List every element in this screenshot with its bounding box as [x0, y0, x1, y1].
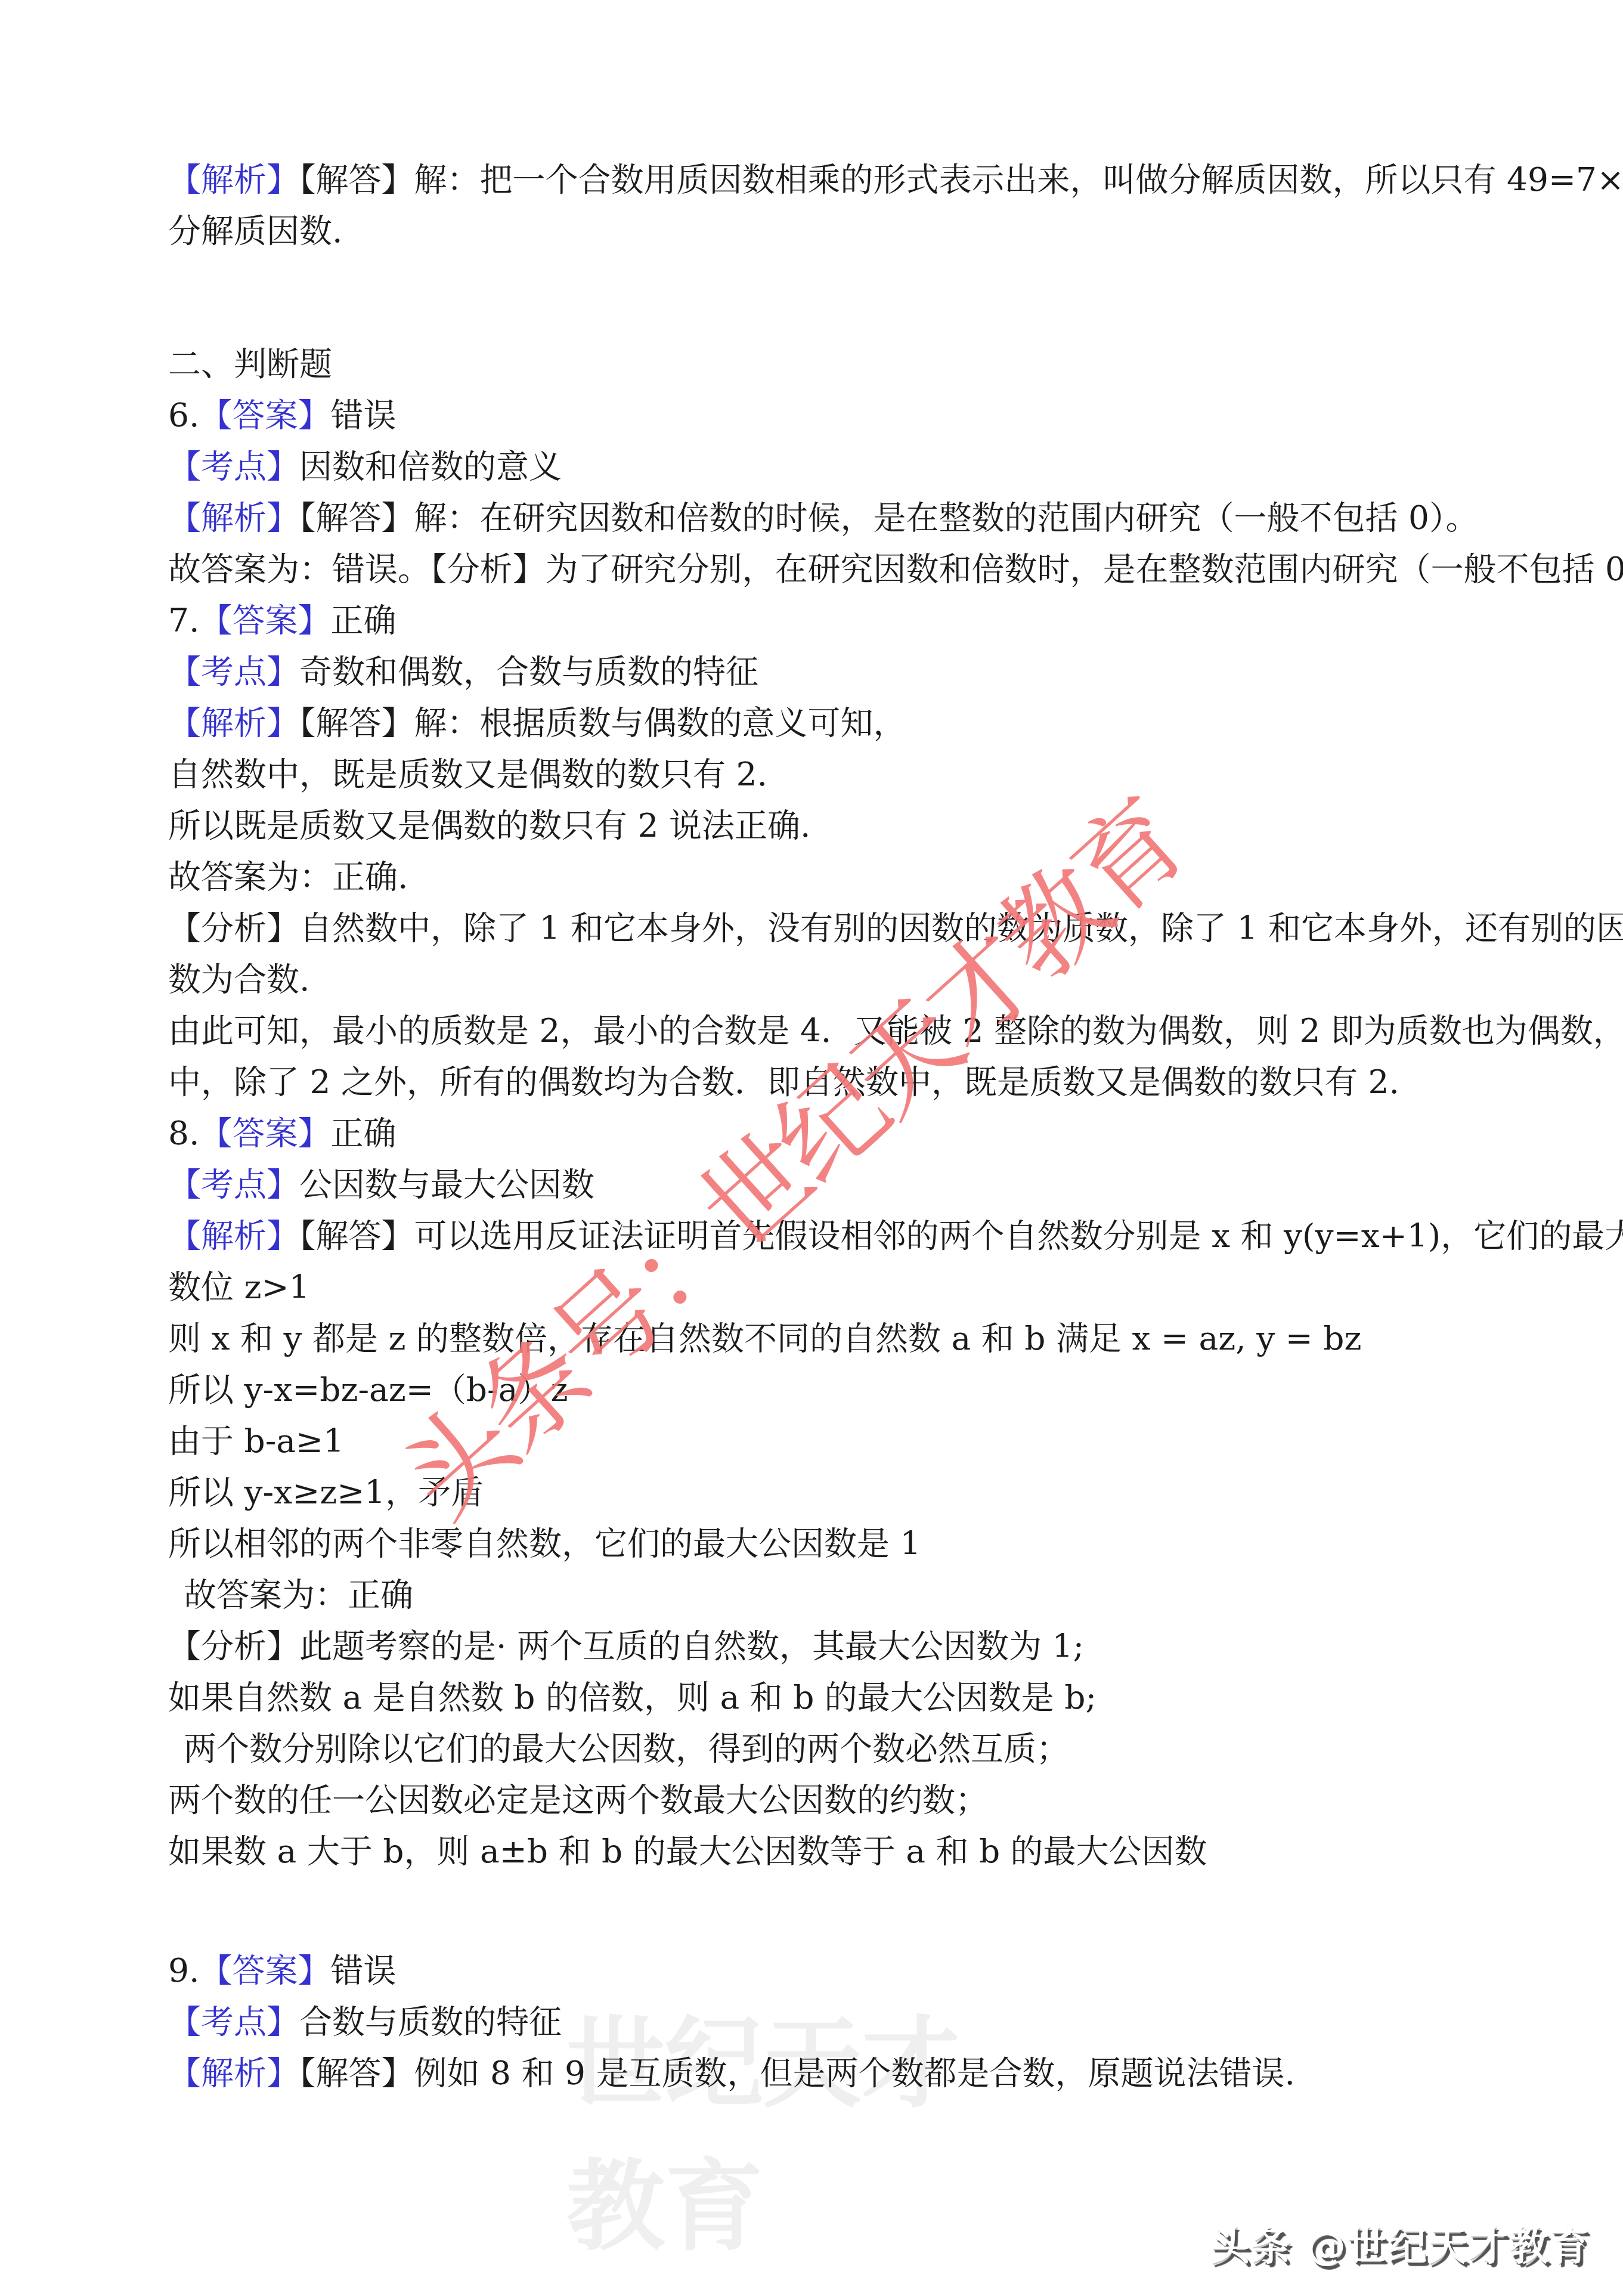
text-segment: 7. [168, 601, 199, 639]
text-segment: 错误 [331, 396, 397, 434]
text-segment: 所以 y-x=bz-az=（b-a）z [168, 1370, 568, 1409]
text-segment: 正确 [331, 1114, 397, 1152]
bracket-label: 【解析】 [168, 704, 299, 742]
text-line: 二、判断题 [168, 338, 1587, 389]
text-line: 如果数 a 大于 b，则 a±b 和 b 的最大公因数等于 a 和 b 的最大公… [168, 1825, 1587, 1877]
text-segment: 9. [168, 1951, 199, 1989]
bracket-label: 【解析】 [168, 499, 299, 537]
text-segment: 所以相邻的两个非零自然数，它们的最大公因数是 1 [168, 1524, 921, 1562]
bracket-label: 【考点】 [168, 447, 299, 485]
text-segment: 数位 z>1 [168, 1268, 310, 1306]
text-line: 分解质因数. [168, 205, 1587, 256]
text-line: 【考点】奇数和偶数，合数与质数的特征 [168, 646, 1587, 697]
text-segment: 6. [168, 396, 199, 434]
text-line: 【分析】自然数中，除了 1 和它本身外，没有别的因数的数为质数，除了 1 和它本… [168, 902, 1587, 954]
text-line: 【分析】此题考察的是· 两个互质的自然数，其最大公因数为 1; [168, 1620, 1587, 1672]
text-segment: 【解答】解：把一个合数用质因数相乘的形式表示出来，叫做分解质因数，所以只有 49… [299, 160, 1623, 199]
document-page: 世纪天才教育 【解析】【解答】解：把一个合数用质因数相乘的形式表示出来，叫做分解… [0, 0, 1623, 2296]
text-line: 所以相邻的两个非零自然数，它们的最大公因数是 1 [168, 1518, 1587, 1569]
text-line: 7.【答案】正确 [168, 595, 1587, 646]
text-line: 【解析】【解答】解：根据质数与偶数的意义可知， [168, 697, 1587, 748]
bracket-label: 【解析】 [168, 1217, 299, 1255]
text-line: 由于 b-a≥1 [168, 1415, 1587, 1466]
text-line: 6.【答案】错误 [168, 389, 1587, 441]
text-segment: 【解答】解：在研究因数和倍数的时候，是在整数的范围内研究（一般不包括 0）。 [299, 499, 1478, 537]
text-segment: 由此可知，最小的质数是 2，最小的合数是 4．又能被 2 整除的数为偶数，则 2… [168, 1011, 1623, 1050]
text-line: 由此可知，最小的质数是 2，最小的合数是 4．又能被 2 整除的数为偶数，则 2… [168, 1005, 1587, 1056]
text-line: 数位 z>1 [168, 1261, 1587, 1313]
text-segment: 故答案为：错误。【分析】为了研究分别，在研究因数和倍数时，是在整数范围内研究（一… [168, 550, 1623, 588]
text-line: 所以既是质数又是偶数的数只有 2 说法正确. [168, 800, 1587, 851]
text-line: 【考点】公因数与最大公因数 [168, 1159, 1587, 1210]
text-segment: 故答案为：正确. [168, 858, 408, 896]
text-line: 两个数的任一公因数必定是这两个数最大公因数的约数； [168, 1774, 1587, 1825]
text-segment: 所以既是质数又是偶数的数只有 2 说法正确. [168, 806, 810, 844]
footer-brand-watermark: 头条 @世纪天才教育 [1210, 2214, 1590, 2271]
document-body: 【解析】【解答】解：把一个合数用质因数相乘的形式表示出来，叫做分解质因数，所以只… [168, 154, 1587, 2099]
text-segment: 则 x 和 y 都是 z 的整数倍，存在自然数不同的自然数 a 和 b 满足 x… [168, 1319, 1362, 1357]
text-line: 故答案为：正确 [168, 1569, 1587, 1620]
text-line: 数为合数. [168, 954, 1587, 1005]
bracket-label: 【解析】 [168, 160, 299, 199]
bracket-label: 【答案】 [199, 1114, 330, 1152]
text-line: 【解析】【解答】例如 8 和 9 是互质数，但是两个数都是合数，原题说法错误. [168, 2047, 1587, 2099]
text-segment: 由于 b-a≥1 [168, 1422, 344, 1460]
text-line: 【解析】【解答】解：在研究因数和倍数的时候，是在整数的范围内研究（一般不包括 0… [168, 492, 1587, 543]
text-segment: 正确 [331, 601, 397, 639]
text-segment: 自然数中，既是质数又是偶数的数只有 2. [168, 755, 767, 793]
text-segment: 故答案为：正确 [184, 1576, 413, 1614]
text-segment: 奇数和偶数，合数与质数的特征 [299, 652, 758, 691]
text-line: 如果自然数 a 是自然数 b 的倍数，则 a 和 b 的最大公因数是 b; [168, 1672, 1587, 1723]
bracket-label: 【考点】 [168, 1165, 299, 1203]
text-line: 【考点】因数和倍数的意义 [168, 441, 1587, 492]
bracket-label: 【答案】 [199, 396, 330, 434]
text-segment: 8. [168, 1114, 199, 1152]
text-segment: 【解答】解：根据质数与偶数的意义可知， [299, 704, 906, 742]
text-line: 8.【答案】正确 [168, 1107, 1587, 1159]
bracket-label: 【答案】 [199, 601, 330, 639]
text-line: 所以 y-x≥z≥1，矛盾 [168, 1466, 1587, 1518]
text-segment: 数为合数. [168, 960, 309, 998]
text-segment: 分解质因数. [168, 212, 342, 250]
text-segment: 所以 y-x≥z≥1，矛盾 [168, 1473, 484, 1511]
text-segment: 合数与质数的特征 [299, 2003, 562, 2041]
bracket-label: 【答案】 [199, 1951, 330, 1989]
text-segment: 【解答】可以选用反证法证明首先假设相邻的两个自然数分别是 x 和 y(y=x+1… [299, 1217, 1623, 1255]
text-line: 【解析】【解答】解：把一个合数用质因数相乘的形式表示出来，叫做分解质因数，所以只… [168, 154, 1587, 205]
text-segment: 错误 [331, 1951, 397, 1989]
bracket-label: 【考点】 [168, 652, 299, 691]
text-line: 9.【答案】错误 [168, 1945, 1587, 1996]
text-line: 故答案为：正确. [168, 851, 1587, 902]
text-segment: 两个数分别除以它们的最大公因数，得到的两个数必然互质； [184, 1729, 1069, 1768]
text-segment: 二、判断题 [168, 345, 332, 383]
text-segment: 两个数的任一公因数必定是这两个数最大公因数的约数； [168, 1781, 988, 1819]
text-segment: 如果数 a 大于 b，则 a±b 和 b 的最大公因数等于 a 和 b 的最大公… [168, 1832, 1207, 1870]
text-segment: 【解答】例如 8 和 9 是互质数，但是两个数都是合数，原题说法错误. [299, 2054, 1295, 2092]
text-line: 中，除了 2 之外，所有的偶数均为合数．即自然数中，既是质数又是偶数的数只有 2… [168, 1056, 1587, 1107]
bracket-label: 【解析】 [168, 2054, 299, 2092]
text-line: 【考点】合数与质数的特征 [168, 1996, 1587, 2047]
text-line: 则 x 和 y 都是 z 的整数倍，存在自然数不同的自然数 a 和 b 满足 x… [168, 1313, 1587, 1364]
text-segment: 中，除了 2 之外，所有的偶数均为合数．即自然数中，既是质数又是偶数的数只有 2… [168, 1063, 1399, 1101]
text-segment: 公因数与最大公因数 [299, 1165, 594, 1203]
text-line: 两个数分别除以它们的最大公因数，得到的两个数必然互质； [168, 1723, 1587, 1774]
text-line: 故答案为：错误。【分析】为了研究分别，在研究因数和倍数时，是在整数范围内研究（一… [168, 543, 1587, 595]
text-line: 所以 y-x=bz-az=（b-a）z [168, 1364, 1587, 1415]
text-segment: 【分析】此题考察的是· 两个互质的自然数，其最大公因数为 1; [168, 1627, 1084, 1665]
text-segment: 如果自然数 a 是自然数 b 的倍数，则 a 和 b 的最大公因数是 b; [168, 1678, 1097, 1716]
text-segment: 因数和倍数的意义 [299, 447, 562, 485]
bracket-label: 【考点】 [168, 2003, 299, 2041]
text-line: 自然数中，既是质数又是偶数的数只有 2. [168, 748, 1587, 800]
text-segment: 【分析】自然数中，除了 1 和它本身外，没有别的因数的数为质数，除了 1 和它本… [168, 909, 1623, 947]
text-line: 【解析】【解答】可以选用反证法证明首先假设相邻的两个自然数分别是 x 和 y(y… [168, 1210, 1587, 1261]
